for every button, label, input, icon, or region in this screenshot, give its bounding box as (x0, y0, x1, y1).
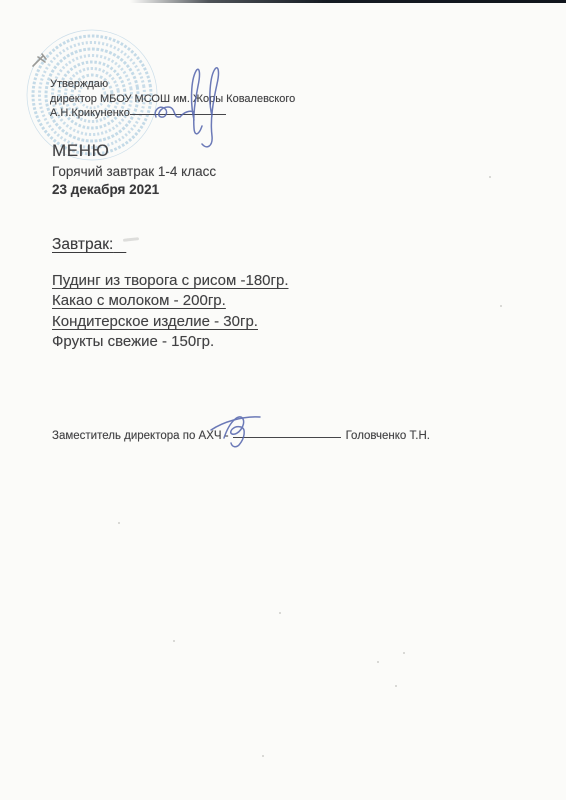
scan-speck (395, 685, 397, 687)
deputy-signature (208, 408, 274, 450)
deputy-name: Головченко Т.Н. (346, 430, 430, 442)
meal-item: Какао с молоком - 200гр. (52, 291, 289, 311)
meal-heading-text: Завтрак: (52, 236, 126, 253)
meal-item: Кондитерское изделие - 30гр. (52, 312, 289, 332)
director-name: А.Н.Крикуненко (50, 107, 130, 119)
menu-title: МЕНЮ (52, 141, 216, 161)
scan-speck (262, 755, 264, 757)
meal-item: Пудинг из творога с рисом -180гр. (52, 271, 289, 291)
scan-speck (377, 661, 379, 663)
title-block: МЕНЮ Горячий завтрак 1-4 класс 23 декабр… (52, 141, 216, 197)
scan-speck (279, 612, 281, 614)
menu-date: 23 декабря 2021 (52, 182, 216, 197)
scan-speck (489, 176, 491, 178)
meal-item: Фрукты свежие - 150гр. (52, 332, 289, 352)
staple-mark (31, 50, 53, 70)
scan-speck (403, 652, 405, 654)
meal-heading: Завтрак: (52, 236, 289, 254)
deputy-label: Заместитель директора по АХЧ - (52, 430, 229, 442)
scan-edge-artifact (130, 0, 566, 3)
scan-speck (118, 522, 120, 524)
scanned-menu-document: Утверждаю директор МБОУ МСОШ им. Жоры Ко… (0, 0, 566, 800)
meal-section: Завтрак: Пудинг из творога с рисом -180г… (52, 236, 289, 353)
meal-items: Пудинг из творога с рисом -180гр. Какао … (52, 271, 289, 353)
scan-speck (500, 305, 502, 307)
scan-speck (173, 640, 175, 642)
menu-subtitle: Горячий завтрак 1-4 класс (52, 164, 216, 179)
